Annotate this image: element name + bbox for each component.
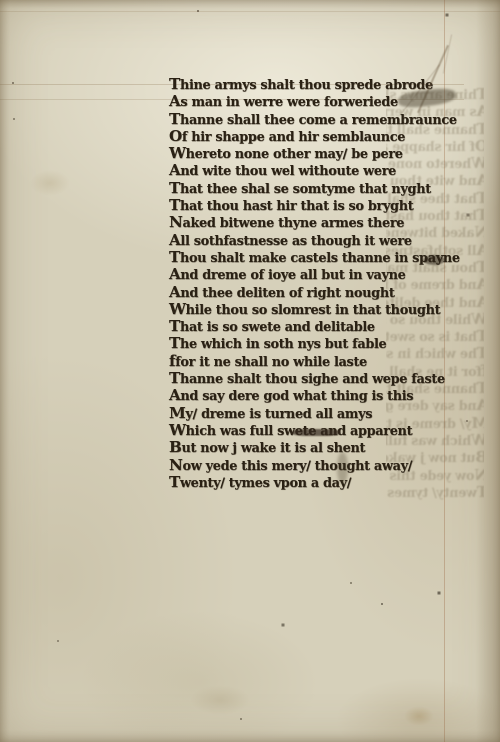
manuscript-line: All sothfastnesse as though it were [169,232,460,249]
manuscript-line: While thou so slomrest in that thought [169,301,460,318]
manuscript-line: The which in soth nys but fable [169,335,460,352]
parchment-stain [30,170,70,196]
manuscript-line: My/ dreme is turned all amys [169,405,460,422]
manuscript-line: And thee deliten of right nought [169,284,460,301]
ruling-line-horizontal [0,11,500,12]
manuscript-line: That is so swete and delitable [169,318,460,335]
manuscript-line: Of hir shappe and hir semblaunce [169,128,460,145]
manuscript-line: Whereto none other may/ be pere [169,145,460,162]
parchment-stain [190,685,250,715]
manuscript-line: ffor it ne shall no while laste [169,353,460,370]
manuscript-line: Thou shalt make castels thanne in spayne [169,249,460,266]
manuscript-line: Which was full swete and apparent [169,422,460,439]
manuscript-line: Thine armys shalt thou sprede abrode [169,76,460,93]
manuscript-line: That thee shal se somtyme that nyght [169,180,460,197]
manuscript-line: As man in werre were forweriede [169,93,460,110]
parchment-specks [0,0,2,2]
manuscript-line: And dreme of ioye all but in vayne [169,266,460,283]
manuscript-line: Thanne shalt thou sighe and wepe faste [169,370,460,387]
manuscript-line: And wite thou wel withoute were [169,162,460,179]
manuscript-line: But now j wake it is al shent [169,439,460,456]
manuscript-line: And say dere god what thing is this [169,387,460,404]
manuscript-line: Thanne shall thee come a remembraunce [169,111,460,128]
manuscript-line: Twenty/ tymes vpon a day/ [169,474,460,491]
manuscript-line: That thou hast hir that is so bryght [169,197,460,214]
parchment-stain [404,706,434,726]
manuscript-line: Now yede this mery/ thought away/ [169,457,460,474]
text-block: Thine armys shalt thou sprede abrodeAs m… [169,76,460,491]
manuscript-line: Naked bitwene thyne armes there [169,214,460,231]
manuscript-photo: Thine armys shalt thou sprede abrodeAs m… [0,0,500,742]
